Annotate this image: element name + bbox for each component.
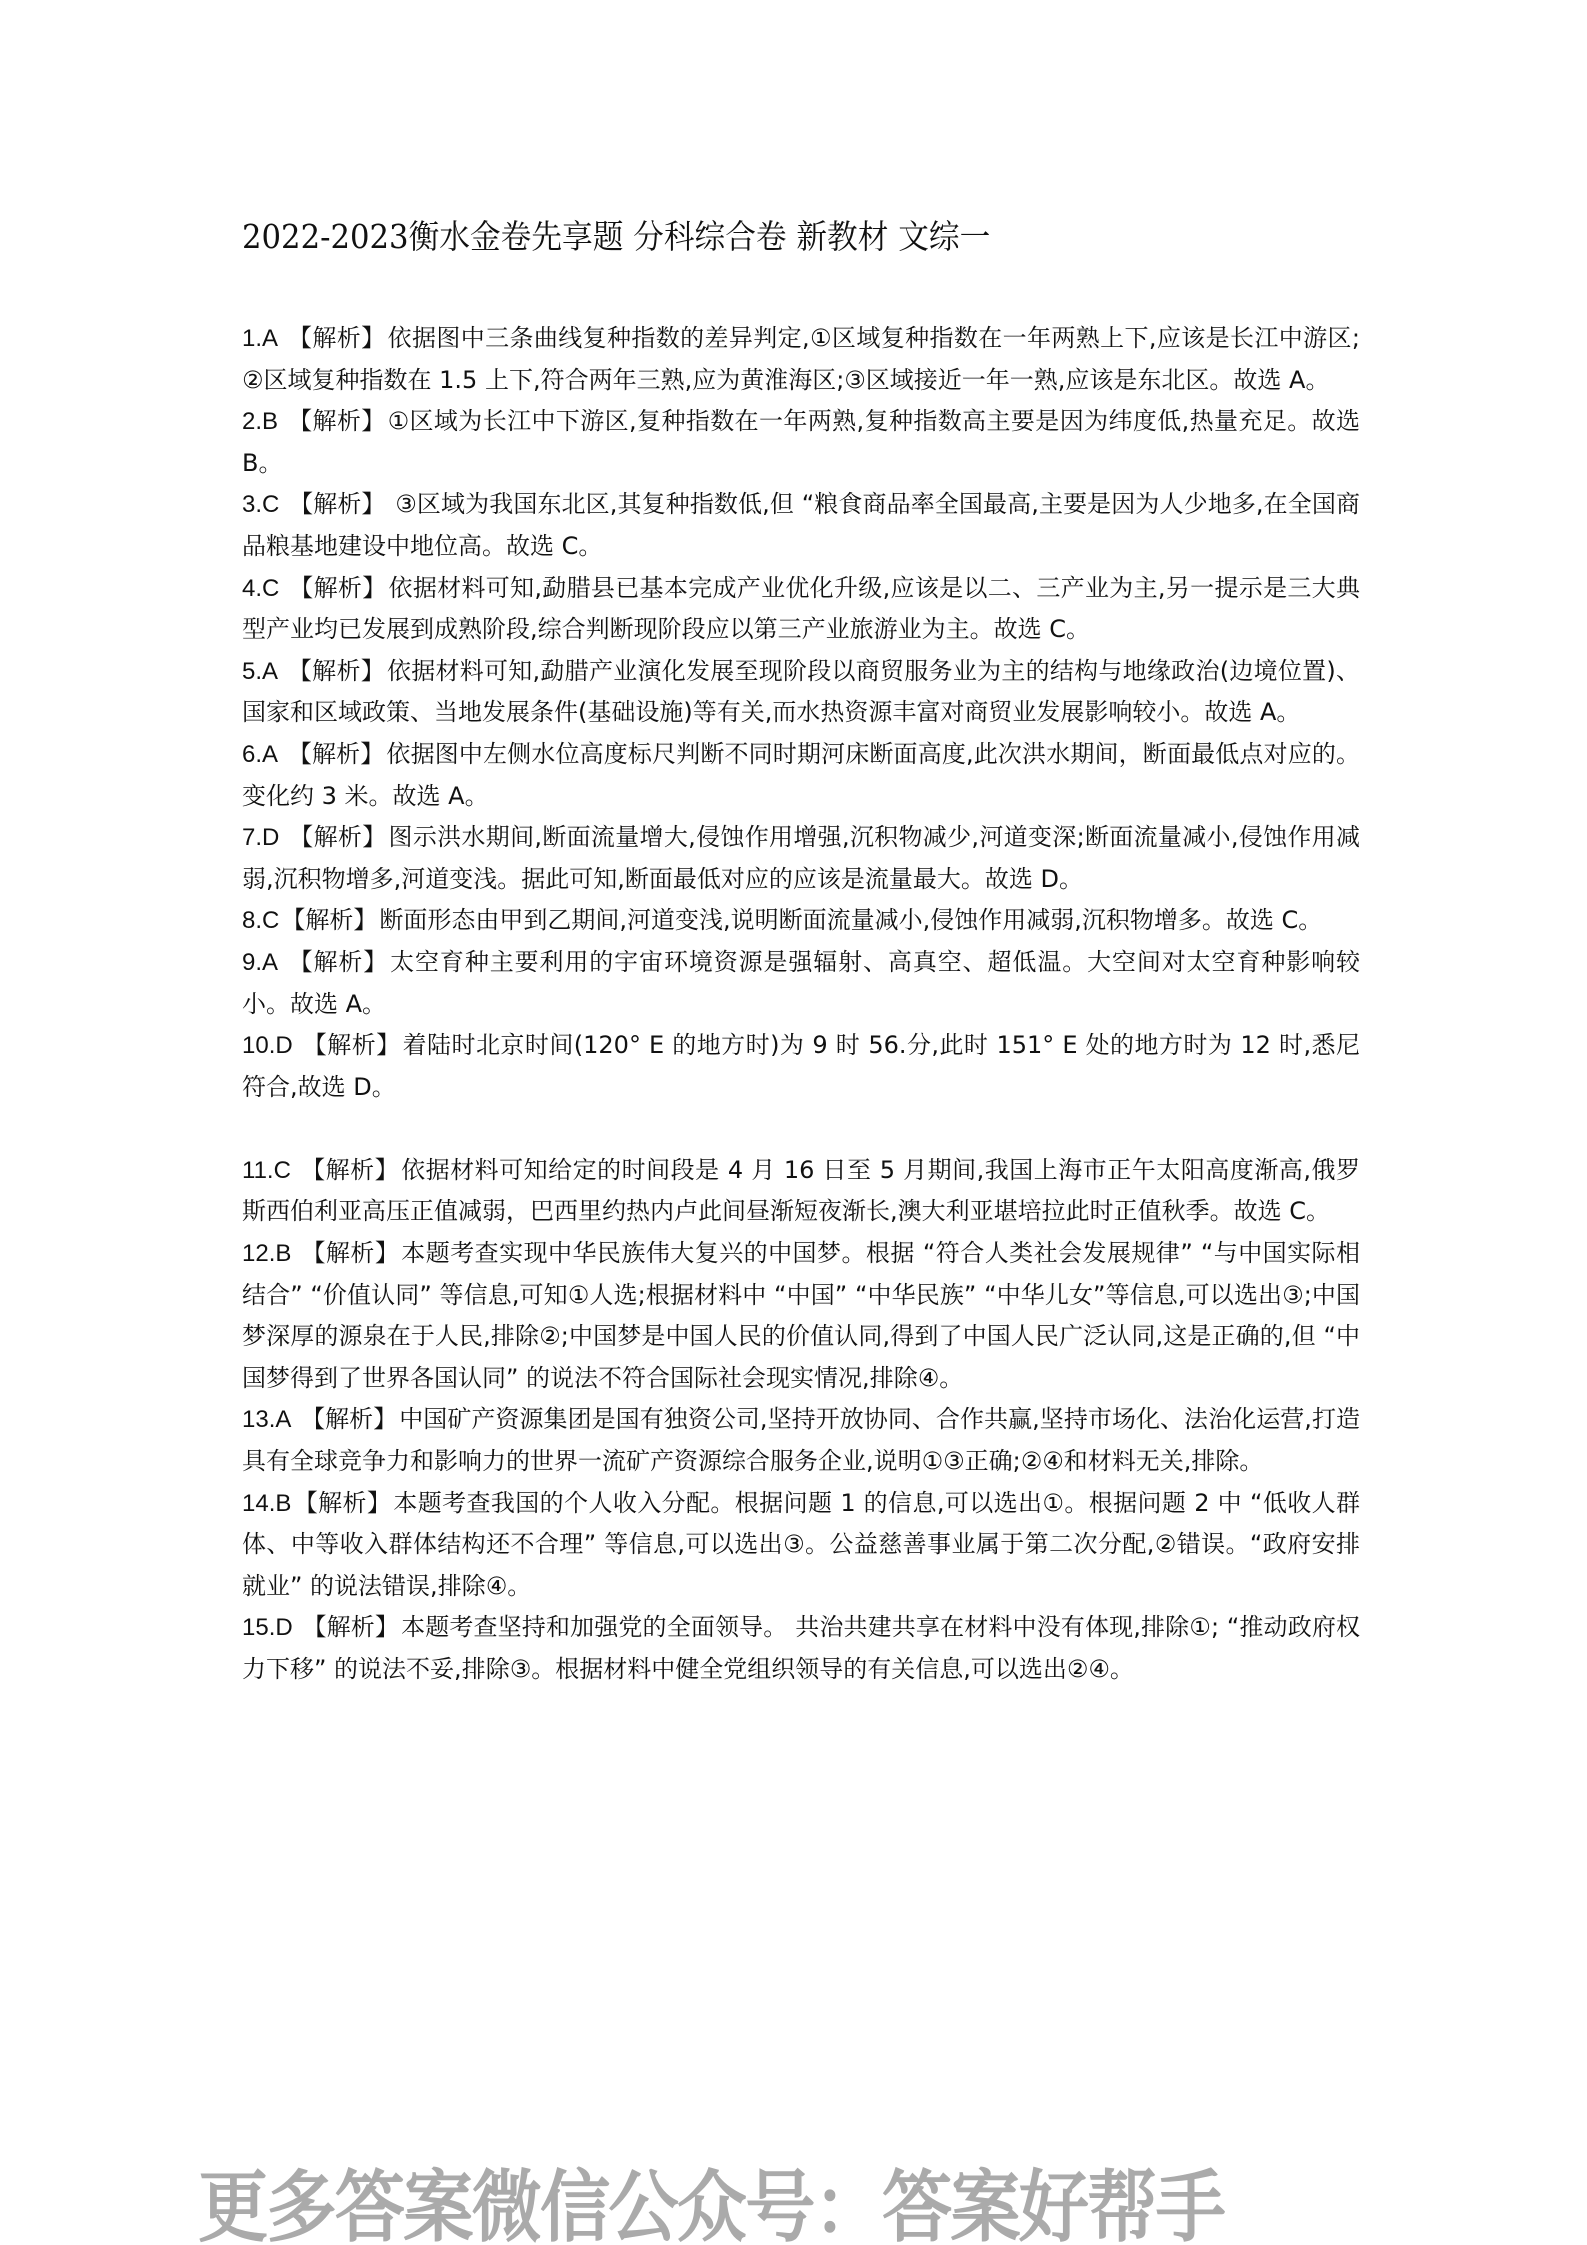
answer-item-10: 10.D 【解析】着陆时北京时间(120° E 的地方时)为 9 时 56.分,…: [242, 1025, 1360, 1108]
answer-item-5: 5.A 【解析】依据材料可知,勐腊产业演化发展至现阶段以商贸服务业为主的结构与地…: [242, 651, 1360, 734]
answer-number: 5.A: [242, 658, 278, 685]
answer-number: 14.B: [242, 1490, 291, 1517]
analysis-tag: 【解析】: [301, 1405, 397, 1433]
answer-item-1: 1.A 【解析】依据图中三条曲线复种指数的差异判定,①区域复种指数在一年两熟上下…: [242, 318, 1360, 401]
answer-number: 4.C: [242, 575, 279, 602]
answer-text: 着陆时北京时间(120° E 的地方时)为 9 时 56.分,此时 151° E…: [242, 1031, 1360, 1101]
answer-item-2: 2.B 【解析】①区域为长江中下游区,复种指数在一年两熟,复种指数高主要是因为纬…: [242, 401, 1360, 484]
answer-item-9: 9.A 【解析】太空育种主要利用的宇宙环境资源是强辐射、高真空、超低温。大空间对…: [242, 942, 1360, 1025]
analysis-tag: 【解析】: [302, 1613, 399, 1641]
analysis-tag: 【解析】: [288, 740, 385, 768]
answer-item-4: 4.C 【解析】依据材料可知,勐腊县已基本完成产业优化升级,应该是以二、三产业为…: [242, 568, 1360, 651]
answer-text: ①区域为长江中下游区,复种指数在一年两熟,复种指数高主要是因为纬度低,热量充足。…: [242, 407, 1360, 477]
answer-number: 9.A: [242, 949, 278, 976]
answer-text: ③区域为我国东北区,其复种指数低,但 “粮食商品率全国最高,主要是因为人少地多,…: [242, 490, 1360, 560]
answer-item-14: 14.B【解析】本题考查我国的个人收入分配。根据问题 1 的信息,可以选出①。根…: [242, 1483, 1360, 1608]
watermark-banner: 更多答案微信公众号：答案好帮手: [198, 2168, 1278, 2245]
answer-item-3: 3.C 【解析】 ③区域为我国东北区,其复种指数低,但 “粮食商品率全国最高,主…: [242, 484, 1360, 567]
analysis-tag: 【解析】: [293, 1489, 391, 1517]
answer-text: 断面形态由甲到乙期间,河道变浅,说明断面流量减小,侵蚀作用减弱,沉积物增多。故选…: [379, 906, 1322, 934]
document-page: 2022-2023衡水金卷先享题 分科综合卷 新教材 文综一 1.A 【解析】依…: [0, 0, 1587, 2245]
answer-text: 依据材料可知,勐腊县已基本完成产业优化升级,应该是以二、三产业为主,另一提示是三…: [242, 574, 1360, 644]
answer-item-11: 11.C 【解析】依据材料可知给定的时间段是 4 月 16 日至 5 月期间,我…: [242, 1150, 1360, 1233]
analysis-tag: 【解析】: [288, 407, 386, 435]
answer-item-12: 12.B 【解析】本题考查实现中华民族伟大复兴的中国梦。根据 “符合人类社会发展…: [242, 1233, 1360, 1399]
answer-number: 3.C: [242, 491, 279, 518]
answer-number: 12.B: [242, 1240, 291, 1267]
analysis-tag: 【解析】: [288, 324, 386, 352]
analysis-tag: 【解析】: [289, 948, 389, 976]
analysis-tag: 【解析】: [301, 1156, 399, 1184]
answer-number: 1.A: [242, 325, 278, 352]
answer-number: 13.A: [242, 1406, 291, 1433]
answer-item-6: 6.A 【解析】依据图中左侧水位高度标尺判断不同时期河床断面高度,此次洪水期间，…: [242, 734, 1360, 817]
answer-number: 6.A: [242, 741, 278, 768]
answer-number: 2.B: [242, 408, 278, 435]
answer-text: 依据图中左侧水位高度标尺判断不同时期河床断面高度,此次洪水期间，断面最低点对应的…: [242, 740, 1360, 810]
answer-item-8: 8.C【解析】断面形态由甲到乙期间,河道变浅,说明断面流量减小,侵蚀作用减弱,沉…: [242, 900, 1360, 942]
answer-list: 1.A 【解析】依据图中三条曲线复种指数的差异判定,①区域复种指数在一年两熟上下…: [242, 318, 1360, 1691]
analysis-tag: 【解析】: [301, 1239, 399, 1267]
answer-number: 7.D: [242, 824, 279, 851]
answer-number: 8.C: [242, 907, 279, 934]
analysis-tag: 【解析】: [303, 1031, 401, 1059]
answer-item-15: 15.D 【解析】本题考查坚持和加强党的全面领导。 共治共建共享在材料中没有体现…: [242, 1607, 1360, 1690]
answer-number: 11.C: [242, 1157, 291, 1184]
analysis-tag: 【解析】: [289, 490, 385, 518]
answer-text: 本题考查我国的个人收入分配。根据问题 1 的信息,可以选出①。根据问题 2 中 …: [242, 1489, 1360, 1600]
analysis-tag: 【解析】: [281, 906, 377, 934]
document-title: 2022-2023衡水金卷先享题 分科综合卷 新教材 文综一: [242, 212, 990, 262]
answer-text: 太空育种主要利用的宇宙环境资源是强辐射、高真空、超低温。大空间对太空育种影响较小…: [242, 948, 1360, 1018]
answer-text: 本题考查坚持和加强党的全面领导。 共治共建共享在材料中没有体现,排除①; “推动…: [242, 1613, 1360, 1683]
answer-number: 10.D: [242, 1032, 293, 1059]
analysis-tag: 【解析】: [288, 657, 385, 685]
answer-text: 依据材料可知给定的时间段是 4 月 16 日至 5 月期间,我国上海市正午太阳高…: [242, 1156, 1360, 1226]
analysis-tag: 【解析】: [289, 574, 386, 602]
answer-number: 15.D: [242, 1614, 293, 1641]
answer-text: 中国矿产资源集团是国有独资公司,坚持开放协同、合作共赢,坚持市场化、法治化运营,…: [242, 1405, 1360, 1475]
answer-text: 依据材料可知,勐腊产业演化发展至现阶段以商贸服务业为主的结构与地缘政治(边境位置…: [242, 657, 1360, 727]
answer-item-7: 7.D 【解析】图示洪水期间,断面流量增大,侵蚀作用增强,沉积物减少,河道变深;…: [242, 817, 1360, 900]
answer-text: 图示洪水期间,断面流量增大,侵蚀作用增强,沉积物减少,河道变深;断面流量减小,侵…: [242, 823, 1360, 893]
analysis-tag: 【解析】: [289, 823, 386, 851]
answer-text: 本题考查实现中华民族伟大复兴的中国梦。根据 “符合人类社会发展规律” “与中国实…: [242, 1239, 1360, 1392]
answer-item-13: 13.A 【解析】中国矿产资源集团是国有独资公司,坚持开放协同、合作共赢,坚持市…: [242, 1399, 1360, 1482]
answer-text: 依据图中三条曲线复种指数的差异判定,①区域复种指数在一年两熟上下,应该是长江中游…: [242, 324, 1360, 394]
